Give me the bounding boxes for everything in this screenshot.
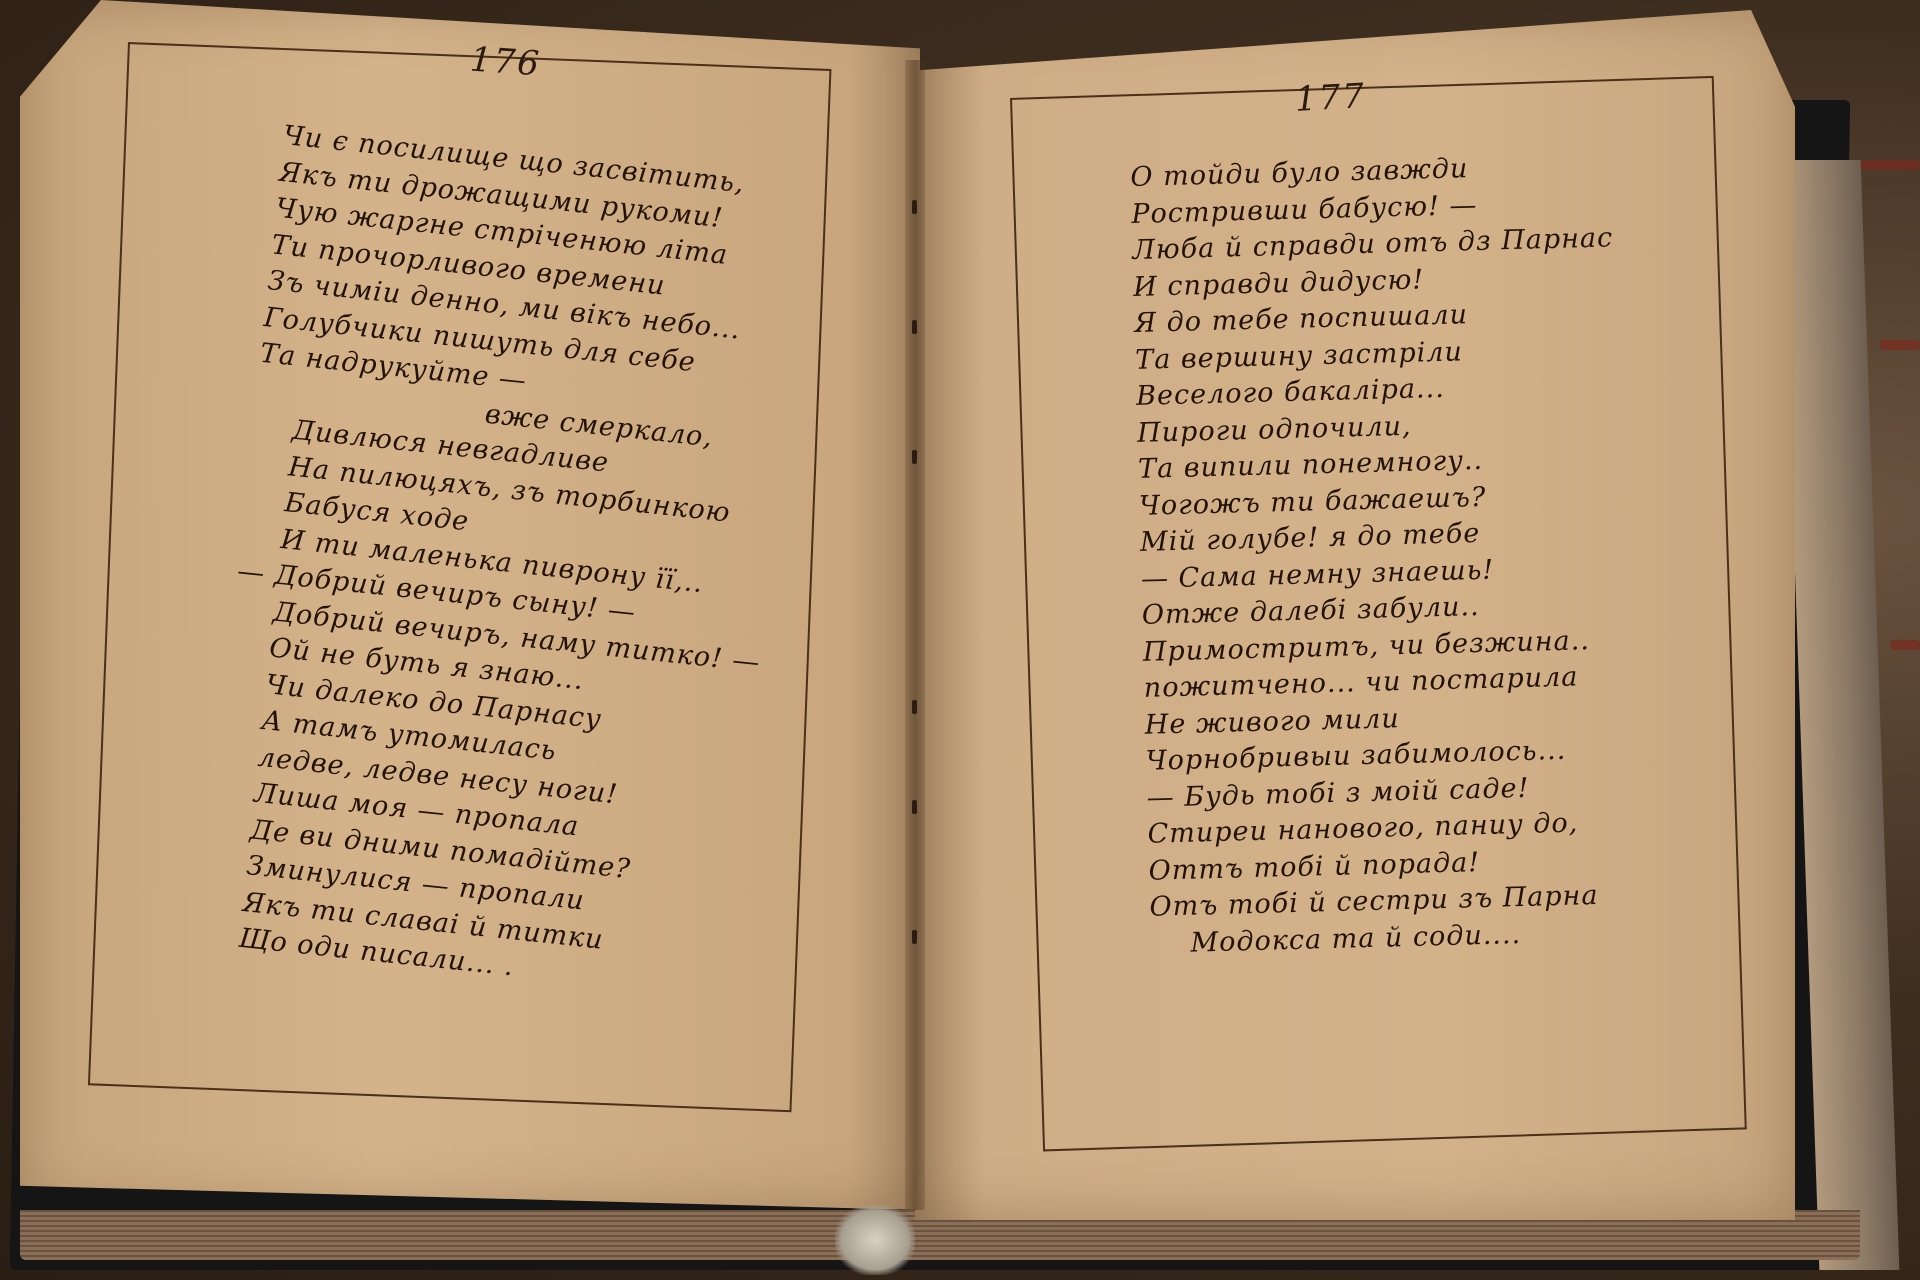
binding-stitch — [912, 200, 917, 214]
binding-stitch — [912, 930, 917, 944]
book-gutter — [905, 60, 925, 1210]
binding-stitch — [912, 450, 917, 464]
binding-stitch — [912, 320, 917, 334]
binding-stitch — [912, 800, 917, 814]
left-page-number: 176 — [469, 40, 543, 85]
cloth-stripe — [1880, 340, 1920, 350]
left-page-text: Чи є посилище що засвітить, Якъ ти дрожа… — [197, 118, 811, 1008]
cloth-stripe — [1860, 160, 1920, 170]
bookmark-ribbon — [835, 1205, 915, 1275]
binding-stitch — [912, 700, 917, 714]
cloth-stripe — [1890, 640, 1920, 650]
right-page-text: О тойди було завжди Ростривши бабусю! — … — [1130, 147, 1632, 962]
right-page-number: 177 — [1294, 76, 1367, 120]
